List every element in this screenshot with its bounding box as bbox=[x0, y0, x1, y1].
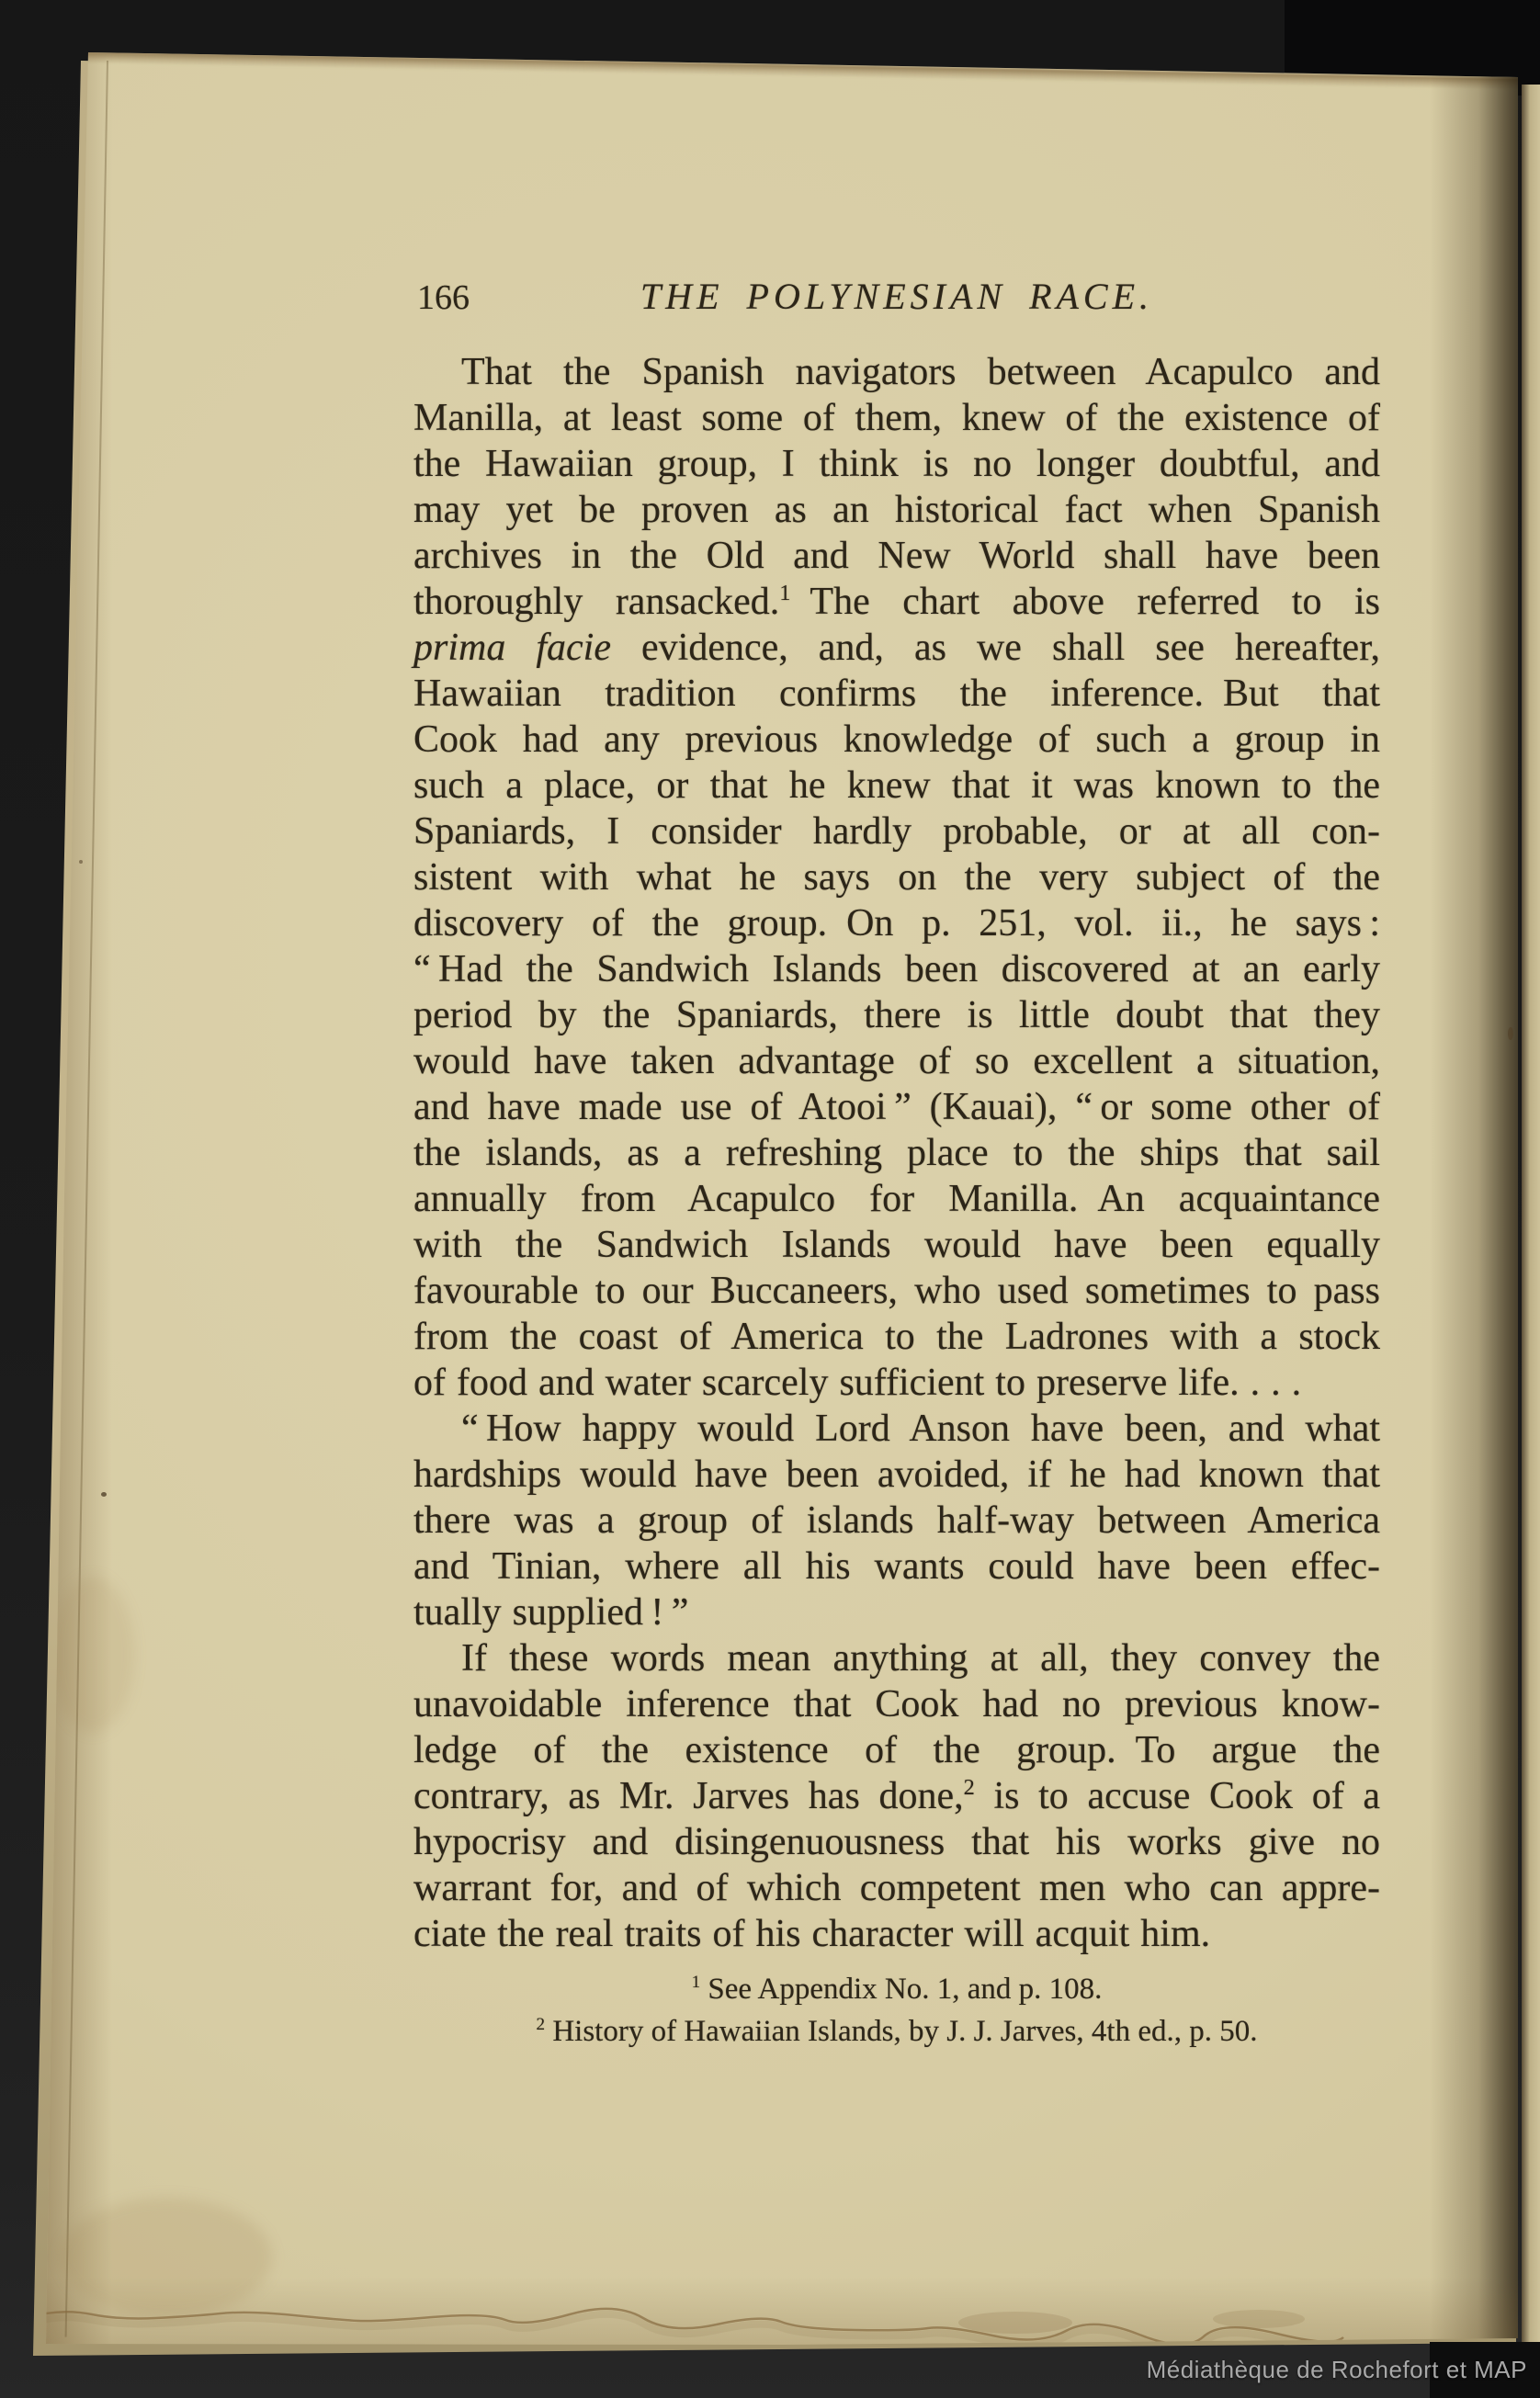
text-line: ciate the real traits of his character w… bbox=[413, 1911, 1380, 1957]
paragraph: That the Spanish navigators between Acap… bbox=[413, 349, 1380, 1406]
text-line: such a place, or that he knew that it wa… bbox=[413, 763, 1380, 809]
text-line: ledge of the existence of the group. To … bbox=[413, 1727, 1380, 1773]
text-line: of food and water scarcely sufficient to… bbox=[413, 1360, 1380, 1406]
running-title: THE POLYNESIAN RACE. bbox=[413, 275, 1380, 318]
text-line: That the Spanish navigators between Acap… bbox=[413, 349, 1380, 395]
text-line: sistent with what he says on the very su… bbox=[413, 854, 1380, 900]
text-line: Cook had any previous knowledge of such … bbox=[413, 717, 1380, 763]
text-line: Hawaiian tradition confirms the inferenc… bbox=[413, 671, 1380, 717]
text-line: may yet be proven as an historical fact … bbox=[413, 487, 1380, 533]
facing-page-edge bbox=[1522, 85, 1540, 2343]
paragraph: “ How happy would Lord Anson have been, … bbox=[413, 1406, 1380, 1635]
text-line: the islands, as a refreshing place to th… bbox=[413, 1130, 1380, 1176]
ink-speck bbox=[1508, 1027, 1513, 1040]
text-line: period by the Spaniards, there is little… bbox=[413, 992, 1380, 1038]
photo-corner-notch bbox=[1285, 0, 1540, 77]
page-gutter-shadow bbox=[1430, 46, 1518, 2343]
text-line: Spaniards, I consider hardly probable, o… bbox=[413, 809, 1380, 854]
archive-watermark: Médiathèque de Rochefort et MAP bbox=[1147, 2356, 1527, 2384]
text-line: thoroughly ransacked.1 The chart above r… bbox=[413, 579, 1380, 625]
text-line: and Tinian, where all his wants could ha… bbox=[413, 1544, 1380, 1589]
text-line: tually supplied ! ” bbox=[413, 1589, 1380, 1635]
text-line: hardships would have been avoided, if he… bbox=[413, 1452, 1380, 1498]
text-line: and have made use of Atooi ” (Kauai), “ … bbox=[413, 1084, 1380, 1130]
text-line: If these words mean anything at all, the… bbox=[413, 1635, 1380, 1681]
text-line: would have taken advantage of so excelle… bbox=[413, 1038, 1380, 1084]
ink-speck bbox=[101, 1492, 107, 1497]
text-line: “ How happy would Lord Anson have been, … bbox=[413, 1406, 1380, 1452]
foxing-stain bbox=[51, 1577, 134, 1733]
text-line: there was a group of islands half-way be… bbox=[413, 1498, 1380, 1544]
text-line: archives in the Old and New World shall … bbox=[413, 533, 1380, 579]
book-page: 166 THE POLYNESIAN RACE. That the Spanis… bbox=[0, 0, 1540, 2398]
text-line: warrant for, and of which competent men … bbox=[413, 1865, 1380, 1911]
ink-speck bbox=[79, 860, 83, 864]
text-line: discovery of the group. On p. 251, vol. … bbox=[413, 900, 1380, 946]
footnote: 2 History of Hawaiian Islands, by J. J. … bbox=[413, 2010, 1380, 2053]
text-line: with the Sandwich Islands would have bee… bbox=[413, 1222, 1380, 1268]
paragraph: If these words mean anything at all, the… bbox=[413, 1635, 1380, 1957]
text-line: favourable to our Buccaneers, who used s… bbox=[413, 1268, 1380, 1314]
text-line: Manilla, at least some of them, knew of … bbox=[413, 395, 1380, 441]
text-line: unavoidable inference that Cook had no p… bbox=[413, 1681, 1380, 1727]
text-line: prima facie evidence, and, as we shall s… bbox=[413, 625, 1380, 671]
text-line: the Hawaiian group, I think is no longer… bbox=[413, 441, 1380, 487]
scanned-book-photo: 166 THE POLYNESIAN RACE. That the Spanis… bbox=[0, 0, 1540, 2398]
text-line: from the coast of America to the Ladrone… bbox=[413, 1314, 1380, 1360]
footnotes: 1 See Appendix No. 1, and p. 108.2 Histo… bbox=[413, 1968, 1380, 2053]
page-body: That the Spanish navigators between Acap… bbox=[413, 349, 1380, 1957]
text-line: hypocrisy and disingenuousness that his … bbox=[413, 1819, 1380, 1865]
text-line: annually from Acapulco for Manilla. An a… bbox=[413, 1176, 1380, 1222]
footnote: 1 See Appendix No. 1, and p. 108. bbox=[413, 1968, 1380, 2010]
text-line: “ Had the Sandwich Islands been discover… bbox=[413, 946, 1380, 992]
text-line: contrary, as Mr. Jarves has done,2 is to… bbox=[413, 1773, 1380, 1819]
